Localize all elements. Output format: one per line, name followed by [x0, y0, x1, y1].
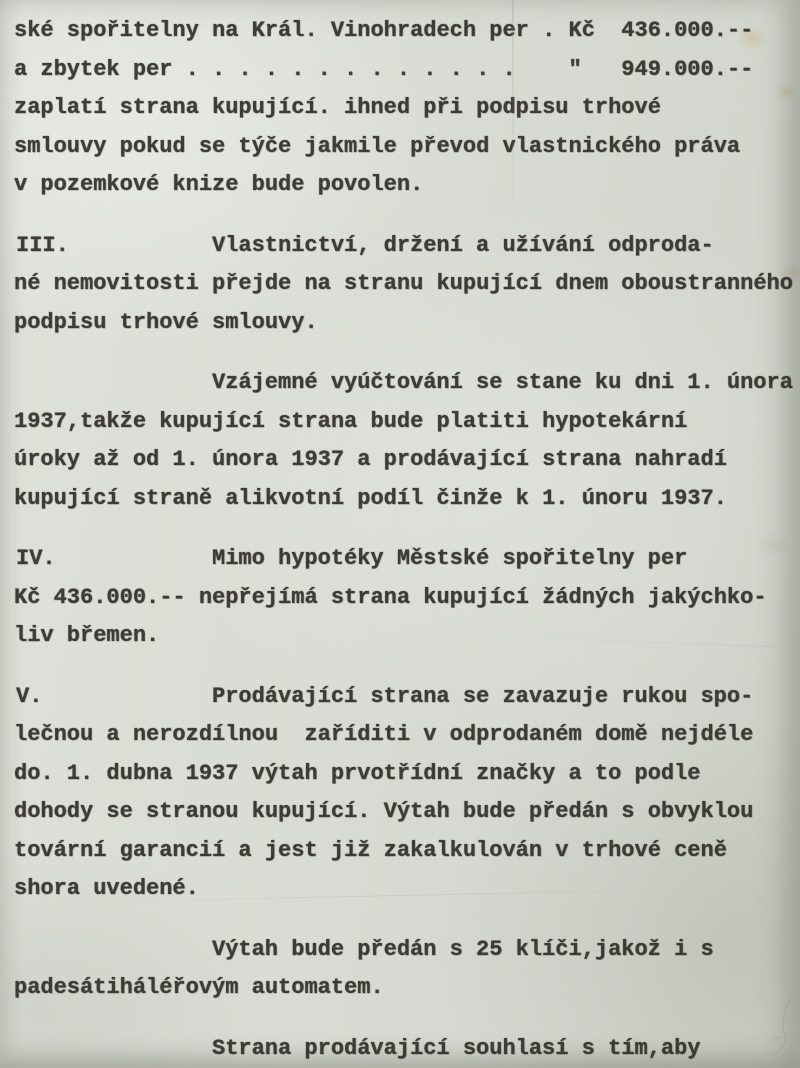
text-line: úroky až od 1. února 1937 a prodávající …: [14, 441, 800, 480]
text-line: shora uvedené.: [14, 870, 800, 909]
text-line: Prodávající strana se zavazuje rukou spo…: [14, 678, 800, 717]
text-line: smlouvy pokud se týče jakmile převod vla…: [14, 128, 800, 167]
text-line: Vlastnictví, držení a užívání odproda-: [14, 227, 800, 266]
text-line: Vzájemné vyúčtování se stane ku dni 1. ú…: [14, 364, 800, 403]
text-line: zaplatí strana kupující. ihned při podpi…: [14, 89, 800, 128]
text-line: lečnou a nerozdílnou zaříditi v odprodan…: [14, 716, 800, 755]
paragraph: IV.Mimo hypotéky Městské spořitelny perK…: [14, 540, 800, 656]
text-line: 1937,takže kupující strana bude platiti …: [14, 403, 800, 442]
paragraph: Strana prodávající souhlasí s tím,aby: [14, 1030, 800, 1068]
text-line: podpisu trhové smlouvy.: [14, 304, 800, 343]
pencil-mark: [722, 984, 800, 1068]
text-line: Kč 436.000.-- nepřejímá strana kupující …: [14, 579, 800, 618]
text-line: Strana prodávající souhlasí s tím,aby: [14, 1030, 800, 1068]
text-line: padesátiháléřovým automatem.: [14, 969, 800, 1008]
text-line: v pozemkové knize bude povolen.: [14, 166, 800, 205]
paragraph: III.Vlastnictví, držení a užívání odprod…: [14, 227, 800, 343]
text-line: a zbytek per . . . . . . . . . . . . . "…: [14, 51, 800, 90]
text-line: liv břemen.: [14, 617, 800, 656]
paragraph: ské spořitelny na Král. Vinohradech per …: [14, 12, 800, 205]
text-line: do. 1. dubna 1937 výtah prvotřídní značk…: [14, 755, 800, 794]
text-line: Výtah bude předán s 25 klíči,jakož i s: [14, 931, 800, 970]
document-page: ské spořitelny na Král. Vinohradech per …: [0, 0, 800, 1068]
paragraph: V.Prodávající strana se zavazuje rukou s…: [14, 678, 800, 909]
text-line: né nemovitosti přejde na stranu kupující…: [14, 265, 800, 304]
paragraph: Výtah bude předán s 25 klíči,jakož i spa…: [14, 931, 800, 1008]
text-line: ské spořitelny na Král. Vinohradech per …: [14, 12, 800, 51]
text-line: dohody se stranou kupující. Výtah bude p…: [14, 793, 800, 832]
text-line: tovární garancií a jest již zakalkulován…: [14, 832, 800, 871]
text-line: Mimo hypotéky Městské spořitelny per: [14, 540, 800, 579]
text-line: kupující straně alikvotní podíl činže k …: [14, 480, 800, 519]
document-text: ské spořitelny na Král. Vinohradech per …: [14, 12, 800, 1068]
paragraph: Vzájemné vyúčtování se stane ku dni 1. ú…: [14, 364, 800, 518]
